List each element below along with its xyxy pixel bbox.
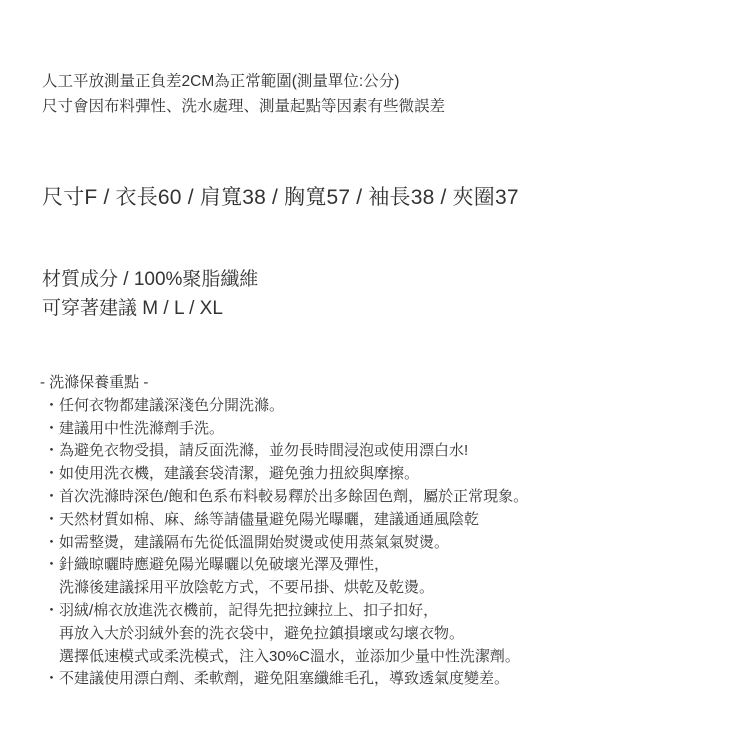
care-instruction-8: ・針織晾曬時應避免陽光曝曬以免破壞光澤及彈性， <box>40 554 528 577</box>
care-instruction-3: ・為避免衣物受損，請反面洗滌，並勿長時間浸泡或使用漂白水! <box>40 440 528 463</box>
care-instruction-8-continued: 洗滌後建議採用平放陰乾方式，不要吊掛、烘乾及乾燙。 <box>40 577 528 600</box>
care-instruction-1: ・任何衣物都建議深淺色分開洗滌。 <box>40 395 528 418</box>
care-instruction-9-continued-1: 再放入大於羽絨外套的洗衣袋中，避免拉鎮損壞或勾壞衣物。 <box>40 623 528 646</box>
care-section: - 洗滌保養重點 - ・任何衣物都建議深淺色分開洗滌。 ・建議用中性洗滌劑手洗。… <box>40 372 528 691</box>
care-instruction-7: ・如需整燙，建議隔布先從低溫開始熨燙或使用蒸氣氣熨燙。 <box>40 532 528 555</box>
material-info: 材質成分 / 100%聚脂纖維 可穿著建議 M / L / XL <box>42 265 258 323</box>
care-instruction-10: ・不建議使用漂白劑、柔軟劑，避免阻塞纖維毛孔，導致透氣度變差。 <box>40 668 528 691</box>
care-instruction-5: ・首次洗滌時深色/飽和色系布料較易釋於出多餘固色劑，屬於正常現象。 <box>40 486 528 509</box>
care-instruction-2: ・建議用中性洗滌劑手洗。 <box>40 418 528 441</box>
product-info-page: 人工平放測量正負差2CM為正常範圍(測量單位:公分) 尺寸會因布料彈性、洗水處理… <box>0 0 750 750</box>
care-instruction-4: ・如使用洗衣機，建議套袋清潔，避免強力扭絞與摩擦。 <box>40 463 528 486</box>
wear-suggestion: 可穿著建議 M / L / XL <box>42 294 258 323</box>
size-spec-text: 尺寸F / 衣長60 / 肩寬38 / 胸寬57 / 袖長38 / 夾圈37 <box>42 184 519 212</box>
care-instruction-9: ・羽絨/棉衣放進洗衣機前，記得先把拉鍊拉上、扣子扣好， <box>40 600 528 623</box>
size-spec: 尺寸F / 衣長60 / 肩寬38 / 胸寬57 / 袖長38 / 夾圈37 <box>42 184 519 212</box>
material-composition: 材質成分 / 100%聚脂纖維 <box>42 265 258 294</box>
care-section-title: - 洗滌保養重點 - <box>40 372 528 395</box>
measurement-notice-line-2: 尺寸會因布料彈性、洗水處理、測量起點等因素有些微誤差 <box>42 94 445 119</box>
care-instruction-9-continued-2: 選擇低速模式或柔洗模式，注入30%C溫水，並添加少量中性洗潔劑。 <box>40 646 528 669</box>
measurement-notice-line-1: 人工平放測量正負差2CM為正常範圍(測量單位:公分) <box>42 69 445 94</box>
care-instruction-6: ・天然材質如棉、麻、絲等請儘量避免陽光曝曬，建議通通風陰乾 <box>40 509 528 532</box>
measurement-notice: 人工平放測量正負差2CM為正常範圍(測量單位:公分) 尺寸會因布料彈性、洗水處理… <box>42 69 445 119</box>
